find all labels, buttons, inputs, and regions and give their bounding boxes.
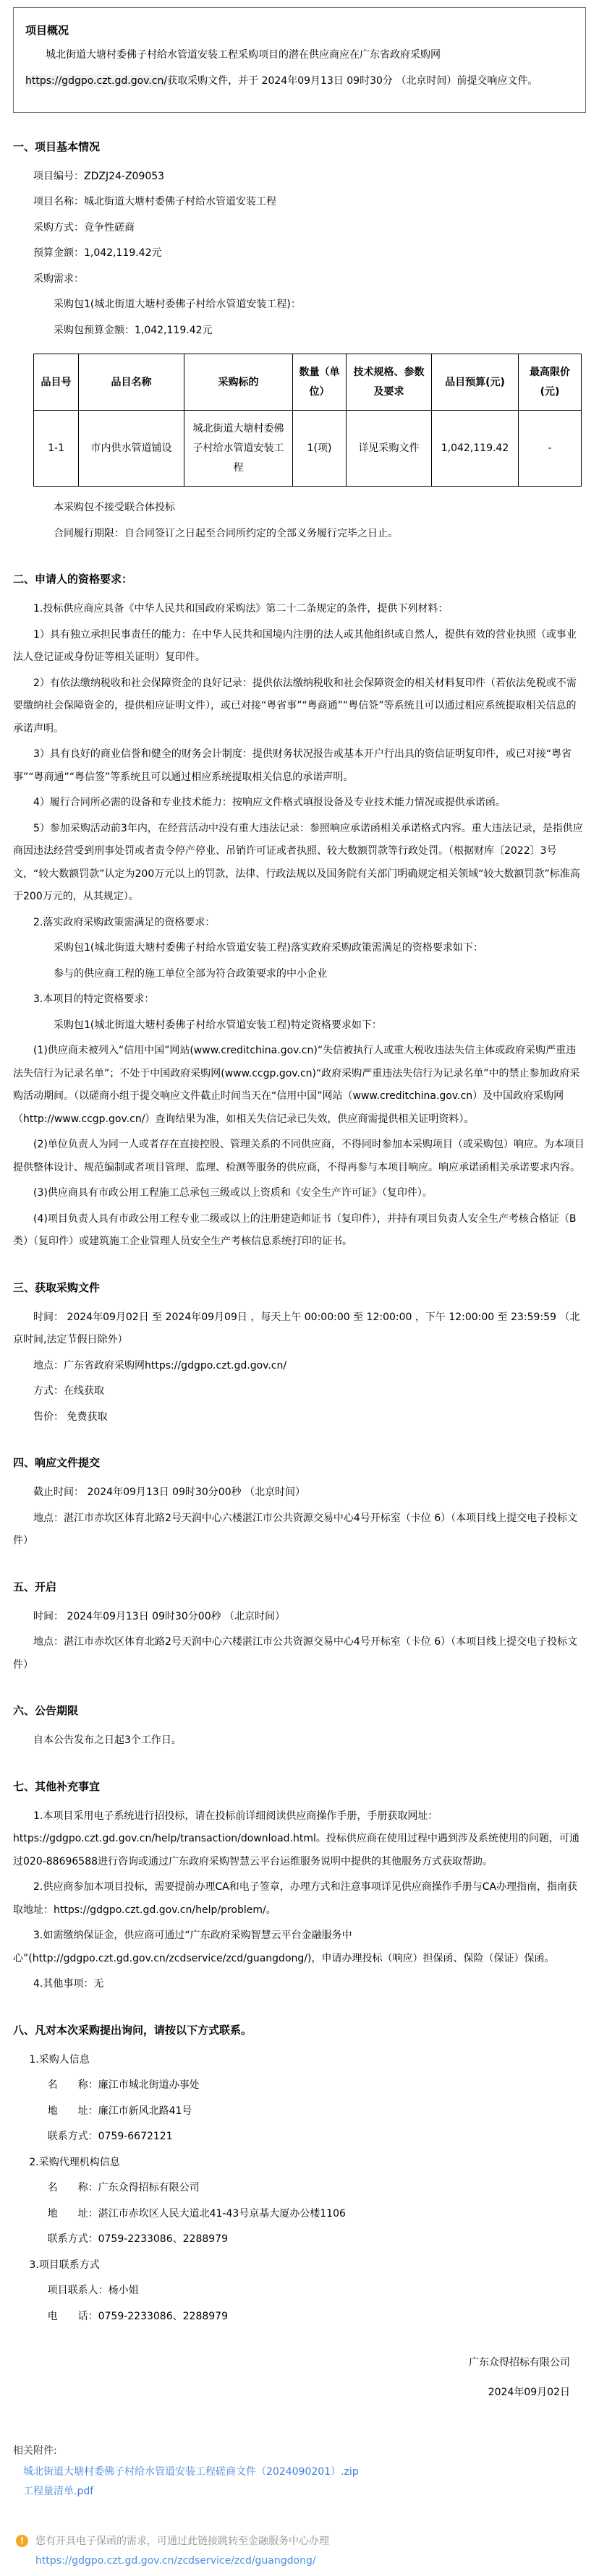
qualification-para: 1）具有独立承担民事责任的能力：在中华人民共和国境内注册的法人或其他组织或自然人…	[13, 624, 586, 669]
qualification-para: (4)项目负责人具有市政公用工程专业二级或以上的注册建造师证书（复印件），并持有…	[13, 1208, 586, 1254]
e-guarantee-text: 您有开具电子保函的需求，可通过此链接跳转至金融服务中心办理	[35, 2533, 329, 2551]
table-row: 1-1 市内供水管道铺设 城北街道大塘村委佛子村给水管道安装工程 1(项) 详见…	[34, 411, 582, 487]
procurement-announcement: 项目概况 城北街道大塘村委佛子村给水管道安装工程采购项目的潜在供应商应在广东省政…	[0, 0, 599, 2576]
section-7-heading: 七、其他补充事宜	[13, 1779, 586, 1794]
other-para: 2.供应商参加本项目投标，需要提前办理CA和电子签章，办理方式和注意事项详见供应…	[13, 1876, 586, 1922]
open-place: 地点：湛江市赤坎区体育北路2号天润中心六楼湛江市公共资源交易中心4号开标室（卡位…	[13, 1631, 586, 1677]
cell-item-name: 市内供水管道铺设	[79, 411, 184, 487]
warning-icon: !	[16, 2535, 28, 2547]
buyer-phone: 联系方式：0759-6672121	[13, 2126, 586, 2149]
qualification-para: 2）有依法缴纳税收和社会保障资金的良好记录：提供依法缴纳税收和社会保障资金的相关…	[13, 672, 586, 741]
signature-block: 广东众得招标有限公司 2024年09月02日	[13, 2348, 586, 2407]
e-guarantee-link[interactable]: https://gdgpo.czt.gd.gov.cn/zcdservice/z…	[35, 2555, 316, 2567]
budget-amount: 预算金额：1,042,119.42元	[13, 242, 586, 265]
e-guarantee-notice-body: 您有开具电子保函的需求，可通过此链接跳转至金融服务中心办理 https://gd…	[35, 2533, 329, 2572]
project-name: 项目名称：城北街道大塘村委佛子村给水管道安装工程	[13, 191, 586, 214]
procurement-demand-label: 采购需求：	[13, 268, 586, 291]
qualification-para: 采购包1(城北街道大塘村委佛子村给水管道安装工程)特定资格要求如下：	[13, 1014, 586, 1037]
contract-term: 合同履行期限：自合同签订之日起至合同所约定的全部义务履行完毕之日止。	[13, 523, 586, 546]
col-item-budget: 品目预算(元)	[432, 354, 519, 411]
qualification-para: (3)供应商具有市政公用工程施工总承包三级或以上资质和《安全生产许可证》（复印件…	[13, 1182, 586, 1205]
section-2-heading: 二、申请人的资格要求：	[13, 571, 586, 586]
qualification-para: 5）参加采购活动前3年内，在经营活动中没有重大违法记录：参照响应承诺函相关承诺格…	[13, 818, 586, 909]
qualification-para: (1)供应商未被列入“信用中国”网站(www.creditchina.gov.c…	[13, 1040, 586, 1131]
overview-intro-before: 城北街道大塘村委佛子村给水管道安装工程采购项目的潜在供应商应在广东省政府采购网	[46, 49, 441, 61]
agency-address: 地 址：湛江市赤坎区人民大道北41-43号京基大厦办公楼1106	[13, 2203, 586, 2226]
section-3-heading: 三、获取采购文件	[13, 1280, 586, 1295]
announcement-period: 自本公告发布之日起3个工作日。	[13, 1729, 586, 1753]
issuer-company: 广东众得招标有限公司	[13, 2348, 570, 2378]
no-consortium-note: 本采购包不接受联合体投标	[13, 497, 586, 520]
obtain-price: 售价： 免费获取	[13, 1406, 586, 1429]
qualification-para: 3）具有良好的商业信誉和健全的财务会计制度：提供财务状况报告或基本开户行出具的资…	[13, 743, 586, 789]
project-number: 项目编号：ZDZJ24-Z09053	[13, 166, 586, 189]
package-budget: 采购包预算金额：1,042,119.42元	[13, 320, 586, 343]
obtain-time: 时间： 2024年09月02日 至 2024年09月09日 ，每天上午 00:0…	[13, 1306, 586, 1352]
qualification-para: 参与的供应商工程的施工单位全部为符合政策要求的中小企业	[13, 963, 586, 986]
qualification-para: 2.落实政府采购政策需满足的资格要求：	[13, 912, 586, 935]
cell-quantity: 1(项)	[293, 411, 347, 487]
qualification-para: 采购包1(城北街道大塘村委佛子村给水管道安装工程)落实政府采购政策需满足的资格要…	[13, 937, 586, 960]
agency-phone: 联系方式：0759-2233086、2288979	[13, 2228, 586, 2251]
buyer-info-title: 1.采购人信息	[13, 2049, 586, 2072]
overview-title: 项目概况	[25, 22, 574, 38]
col-spec: 技术规格、参数及要求	[347, 354, 432, 411]
section-4-heading: 四、响应文件提交	[13, 1455, 586, 1470]
project-contact-phone: 电 话：0759-2233086、2288979	[13, 2306, 586, 2329]
issue-date: 2024年09月02日	[13, 2378, 570, 2408]
col-subject: 采购标的	[184, 354, 293, 411]
project-overview-box: 项目概况 城北街道大塘村委佛子村给水管道安装工程采购项目的潜在供应商应在广东省政…	[13, 7, 586, 113]
qualification-para: 4）履行合同所必需的设备和专业技术能力：按响应文件格式填报设备及专业技术能力情况…	[13, 792, 586, 815]
cell-item-no: 1-1	[34, 411, 79, 487]
project-contact-person: 项目联系人：杨小姐	[13, 2280, 586, 2303]
agency-name: 名 称：广东众得招标有限公司	[13, 2177, 586, 2200]
other-para: 1.本项目采用电子系统进行招投标，请在投标前详细阅读供应商操作手册，手册获取网址…	[13, 1805, 586, 1874]
open-time: 时间： 2024年09月13日 09时30分00秒 （北京时间）	[13, 1606, 586, 1629]
portal-url-text: https://gdgpo.czt.gd.gov.cn/	[25, 75, 167, 87]
col-item-no: 品目号	[34, 354, 79, 411]
section-6-heading: 六、公告期限	[13, 1703, 586, 1718]
overview-intro: 城北街道大塘村委佛子村给水管道安装工程采购项目的潜在供应商应在广东省政府采购网h…	[25, 42, 574, 95]
qualification-para: 3.本项目的特定资格要求：	[13, 988, 586, 1011]
other-para: 3.如需缴纳保证金，供应商可通过“广东政府采购智慧云平台金融服务中心”(http…	[13, 1925, 586, 1970]
buyer-name: 名 称：廉江市城北街道办事处	[13, 2074, 586, 2097]
e-guarantee-notice: ! 您有开具电子保函的需求，可通过此链接跳转至金融服务中心办理 https://…	[13, 2533, 586, 2572]
col-quantity: 数量（单位）	[293, 354, 347, 411]
project-contact-title: 3.项目联系方式	[13, 2254, 586, 2277]
cell-spec: 详见采购文件	[347, 411, 432, 487]
qualification-para: 1.投标供应商应具备《中华人民共和国政府采购法》第二十二条规定的条件，提供下列材…	[13, 598, 586, 621]
table-header-row: 品目号 品目名称 采购标的 数量（单位） 技术规格、参数及要求 品目预算(元) …	[34, 354, 582, 411]
attachments-section: 相关附件: 城北街道大塘村委佛子村给水管道安装工程磋商文件（2024090201…	[13, 2442, 586, 2502]
cell-price-cap: -	[519, 411, 582, 487]
procurement-items-table: 品目号 品目名称 采购标的 数量（单位） 技术规格、参数及要求 品目预算(元) …	[33, 354, 582, 487]
obtain-place: 地点：广东省政府采购网https://gdgpo.czt.gd.gov.cn/	[13, 1355, 586, 1378]
attachment-link-zip[interactable]: 城北街道大塘村委佛子村给水管道安装工程磋商文件（2024090201）.zip	[23, 2462, 586, 2482]
col-price-cap: 最高限价(元)	[519, 354, 582, 411]
cell-item-budget: 1,042,119.42	[432, 411, 519, 487]
col-item-name: 品目名称	[79, 354, 184, 411]
buyer-address: 地 址：廉江市新风北路41号	[13, 2100, 586, 2123]
agency-info-title: 2.采购代理机构信息	[13, 2152, 586, 2175]
package-1-label: 采购包1(城北街道大塘村委佛子村给水管道安装工程)：	[13, 294, 586, 317]
section-8-heading: 八、凡对本次采购提出询问，请按以下方式联系。	[13, 2022, 586, 2037]
qualification-para: (2)单位负责人为同一人或者存在直接控股、管理关系的不同供应商，不得同时参加本采…	[13, 1134, 586, 1179]
attachments-label: 相关附件:	[13, 2442, 586, 2461]
overview-intro-after: 获取采购文件，并于 2024年09月13日 09时30分 （北京时间）前提交响应…	[167, 75, 538, 87]
section-1-heading: 一、项目基本情况	[13, 139, 586, 154]
other-para: 4.其他事项：无	[13, 1973, 586, 1996]
section-5-heading: 五、开启	[13, 1579, 586, 1594]
procurement-method: 采购方式：竞争性磋商	[13, 217, 586, 240]
cell-subject: 城北街道大塘村委佛子村给水管道安装工程	[184, 411, 293, 487]
submit-place: 地点：湛江市赤坎区体育北路2号天润中心六楼湛江市公共资源交易中心4号开标室（卡位…	[13, 1507, 586, 1553]
obtain-way: 方式：在线获取	[13, 1380, 586, 1403]
submit-deadline: 截止时间： 2024年09月13日 09时30分00秒 （北京时间）	[13, 1481, 586, 1505]
attachment-link-pdf[interactable]: 工程量清单.pdf	[23, 2482, 586, 2502]
